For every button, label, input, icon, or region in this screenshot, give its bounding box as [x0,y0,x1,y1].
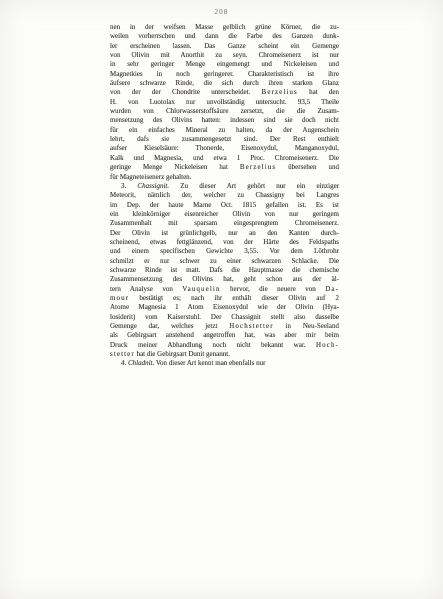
scanned-page: 208 nen in der weifsen Masse gelblich gr… [0,0,443,599]
text-line: Druck meiner Abhandlung noch nicht bekan… [110,341,339,350]
text-line: für ein einfaches Mineral zu halten, da … [110,126,339,135]
text-line: Kalk und Magnesia, und etwa 1 Proc. Chro… [110,154,339,163]
text-line: in sehr geringer Menge eingemengt und Ni… [110,60,339,69]
text-line: von der der Chondrite unterscheidet. Ber… [110,88,339,97]
text-line: scheinend, etwas fettglänzend, von der H… [110,238,339,247]
text-line: mour bestätigt es; nach ihr enthält dies… [110,294,339,303]
text-line: schwarze Rinde ist matt. Dafs die Hauptm… [110,266,339,275]
text-line: aufser Kieselsäure: Thonerde, Eisenoxydu… [110,144,339,153]
page-number: 208 [0,8,443,16]
text-line: H. von Luotolax nur unvollständig unters… [110,98,339,107]
text-line: 3. Chassignit. Zu dieser Art gehört nur … [110,182,339,191]
text-line: ein kleinkörniger eisenreicher Olivin vo… [110,210,339,219]
text-line: tern Analyse von Vauquelin hervor, die n… [110,285,339,294]
text-block: nen in der weifsen Masse gelblich grüne … [110,23,339,369]
text-line: Gemenge dar, welches jetzt Hochstetter i… [110,322,339,331]
text-line: stetter hat die Gebirgsart Dunit genannt… [110,350,339,359]
text-line: wurden von Chlorwasserstoffsäure zersetz… [110,107,339,116]
text-line: losiderit) vom Kaiserstuhl. Der Chassign… [110,313,339,322]
text-line: weilen vorherrschen und dann die Farbe d… [110,32,339,41]
text-line: lehrt, dafs sie zusammengesetzt sind. De… [110,135,339,144]
text-line: von Olivin mit Anorthit zu seyn. Chromei… [110,51,339,60]
text-line: Zusammenhalt mit sparsam eingesprengtem … [110,219,339,228]
text-line: schmilzt er nur schwer zu einer schwarze… [110,257,339,266]
text-line: ler erscheinen lassen. Das Ganze scheint… [110,42,339,51]
text-line: und einem specifischen Gewichte 3,55. Vo… [110,247,339,256]
text-line: geringe Menge Nickeleisen hat Berzelius … [110,163,339,172]
text-line: äufsere schwarze Rinde, die sich durch i… [110,79,339,88]
text-line: Meteorit, nämlich der, welcher zu Chassi… [110,191,339,200]
text-line: Der Olivin ist grünlichgelb, nur an den … [110,229,339,238]
text-line: mensetzung des Olivins hatten: indessen … [110,116,339,125]
text-line: 4. Chladnit. Von dieser Art kennt man eb… [110,359,339,368]
text-line: als Gebirgsart anstehend angetroffen hat… [110,331,339,340]
text-line: Zusammensetzung des Olivins hat, geht sc… [110,275,339,284]
text-line: nen in der weifsen Masse gelblich grüne … [110,23,339,32]
text-line: Magnetkies in noch geringerer. Charakter… [110,70,339,79]
text-line: für Magneteisenerz gehalten. [110,173,339,182]
text-line: Atome Magnesia 1 Atom Eisenoxydul wie de… [110,303,339,312]
text-line: im Dep. der haute Marne Oct. 1815 gefall… [110,201,339,210]
